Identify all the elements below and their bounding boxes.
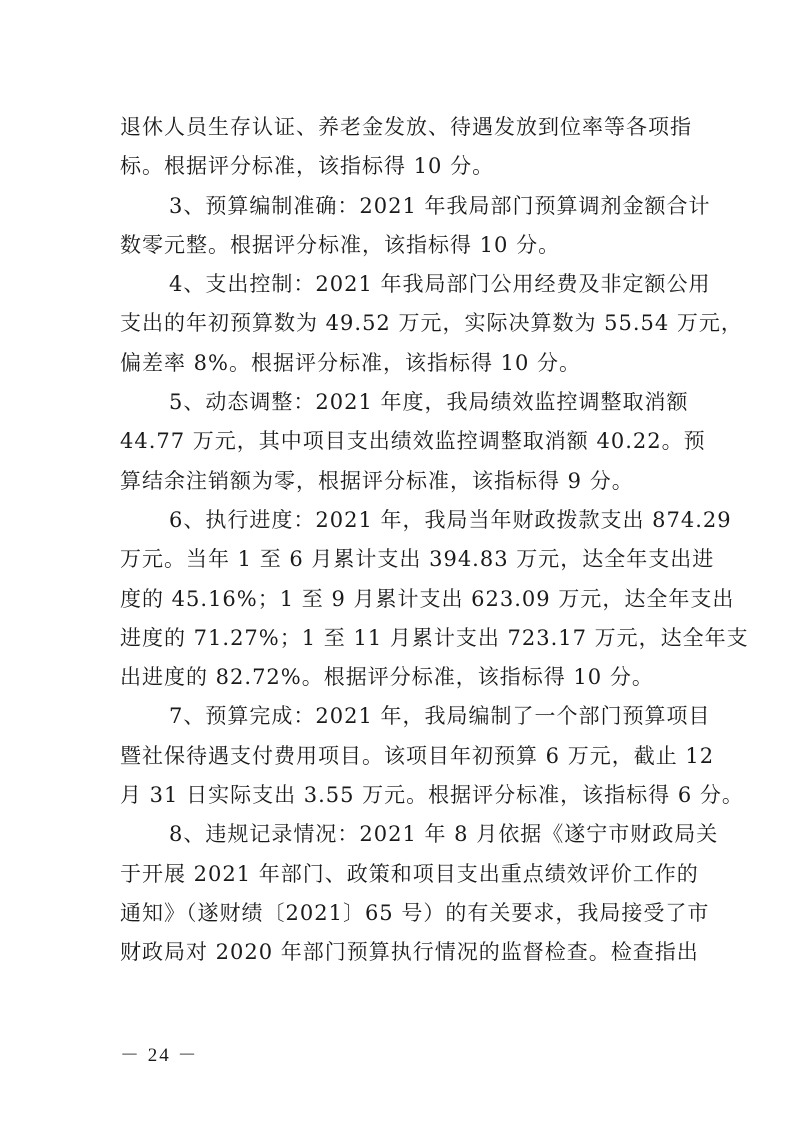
text-line: 通知》（遂财绩〔2021〕65 号）的有关要求，我局接受了市 xyxy=(120,895,673,934)
paragraph-3-heading-line: 3、预算编制准确：2021 年我局部门预算调剂金额合计 xyxy=(120,188,673,227)
text-line: 支出的年初预算数为 49.52 万元，实际决算数为 55.54 万元， xyxy=(120,305,673,344)
text-line: 算结余注销额为零，根据评分标准，该指标得 9 分。 xyxy=(120,463,673,502)
text-line: 44.77 万元，其中项目支出绩效监控调整取消额 40.22。预 xyxy=(120,423,673,462)
paragraph-7-heading-line: 7、预算完成：2021 年，我局编制了一个部门预算项目 xyxy=(120,698,673,737)
text-line: 万元。当年 1 至 6 月累计支出 394.83 万元，达全年支出进 xyxy=(120,541,673,580)
page-number: － 24 － xyxy=(120,1040,199,1067)
text-line: 出进度的 82.72%。根据评分标准，该指标得 10 分。 xyxy=(120,659,673,698)
text-line: 暨社保待遇支付费用项目。该项目年初预算 6 万元，截止 12 xyxy=(120,738,673,777)
body-text: 退休人员生存认证、养老金发放、待遇发放到位率等各项指 标。根据评分标准，该指标得… xyxy=(120,109,673,974)
document-page: 退休人员生存认证、养老金发放、待遇发放到位率等各项指 标。根据评分标准，该指标得… xyxy=(0,0,794,1122)
paragraph-8-heading-line: 8、违规记录情况：2021 年 8 月依据《遂宁市财政局关 xyxy=(120,816,673,855)
text-line: 退休人员生存认证、养老金发放、待遇发放到位率等各项指 xyxy=(120,109,673,148)
text-line: 标。根据评分标准，该指标得 10 分。 xyxy=(120,148,673,187)
paragraph-4-heading-line: 4、支出控制：2021 年我局部门公用经费及非定额公用 xyxy=(120,266,673,305)
paragraph-6-heading-line: 6、执行进度：2021 年，我局当年财政拨款支出 874.29 xyxy=(120,502,673,541)
text-line: 于开展 2021 年部门、政策和项目支出重点绩效评价工作的 xyxy=(120,856,673,895)
text-line: 数零元整。根据评分标准，该指标得 10 分。 xyxy=(120,227,673,266)
text-line: 进度的 71.27%；1 至 11 月累计支出 723.17 万元，达全年支 xyxy=(120,620,673,659)
text-line: 月 31 日实际支出 3.55 万元。根据评分标准，该指标得 6 分。 xyxy=(120,777,673,816)
text-line: 度的 45.16%；1 至 9 月累计支出 623.09 万元，达全年支出 xyxy=(120,581,673,620)
paragraph-5-heading-line: 5、动态调整：2021 年度，我局绩效监控调整取消额 xyxy=(120,384,673,423)
text-line: 偏差率 8%。根据评分标准，该指标得 10 分。 xyxy=(120,345,673,384)
text-line: 财政局对 2020 年部门预算执行情况的监督检查。检查指出 xyxy=(120,934,673,973)
